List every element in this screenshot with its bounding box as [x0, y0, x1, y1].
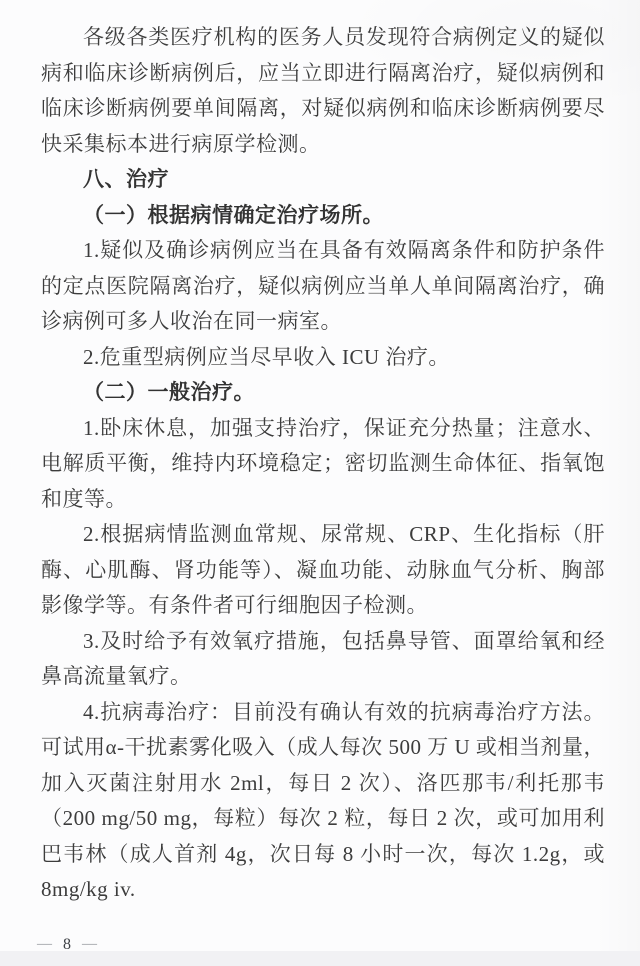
- page-number: 8: [63, 936, 71, 953]
- footer-dash-left: —: [37, 936, 52, 952]
- paragraph: 2.危重型病例应当尽早收入 ICU 治疗。: [41, 340, 605, 376]
- paragraph: 4.抗病毒治疗：目前没有确认有效的抗病毒治疗方法。可试用α-干扰素雾化吸入（成人…: [41, 695, 605, 908]
- sub-heading: （二）一般治疗。: [41, 375, 605, 411]
- section-heading: 八、治疗: [41, 162, 605, 198]
- paragraph: 1.卧床休息，加强支持治疗，保证充分热量；注意水、电解质平衡，维持内环境稳定；密…: [41, 411, 605, 518]
- paragraph: 3.及时给予有效氧疗措施，包括鼻导管、面罩给氧和经鼻高流量氧疗。: [41, 624, 605, 695]
- paragraph: 1.疑似及确诊病例应当在具备有效隔离条件和防护条件的定点医院隔离治疗，疑似病例应…: [41, 233, 605, 340]
- sub-heading: （一）根据病情确定治疗场所。: [41, 198, 605, 234]
- page-footer: —8—: [37, 936, 97, 953]
- document-page: 各级各类医疗机构的医务人员发现符合病例定义的疑似病和临床诊断病例后，应当立即进行…: [0, 0, 640, 966]
- footer-dash-right: —: [82, 936, 97, 952]
- paragraph: 2.根据病情监测血常规、尿常规、CRP、生化指标（肝酶、心肌酶、肾功能等）、凝血…: [41, 517, 605, 624]
- paragraph: 各级各类医疗机构的医务人员发现符合病例定义的疑似病和临床诊断病例后，应当立即进行…: [41, 20, 605, 162]
- document-body: 各级各类医疗机构的医务人员发现符合病例定义的疑似病和临床诊断病例后，应当立即进行…: [41, 20, 605, 908]
